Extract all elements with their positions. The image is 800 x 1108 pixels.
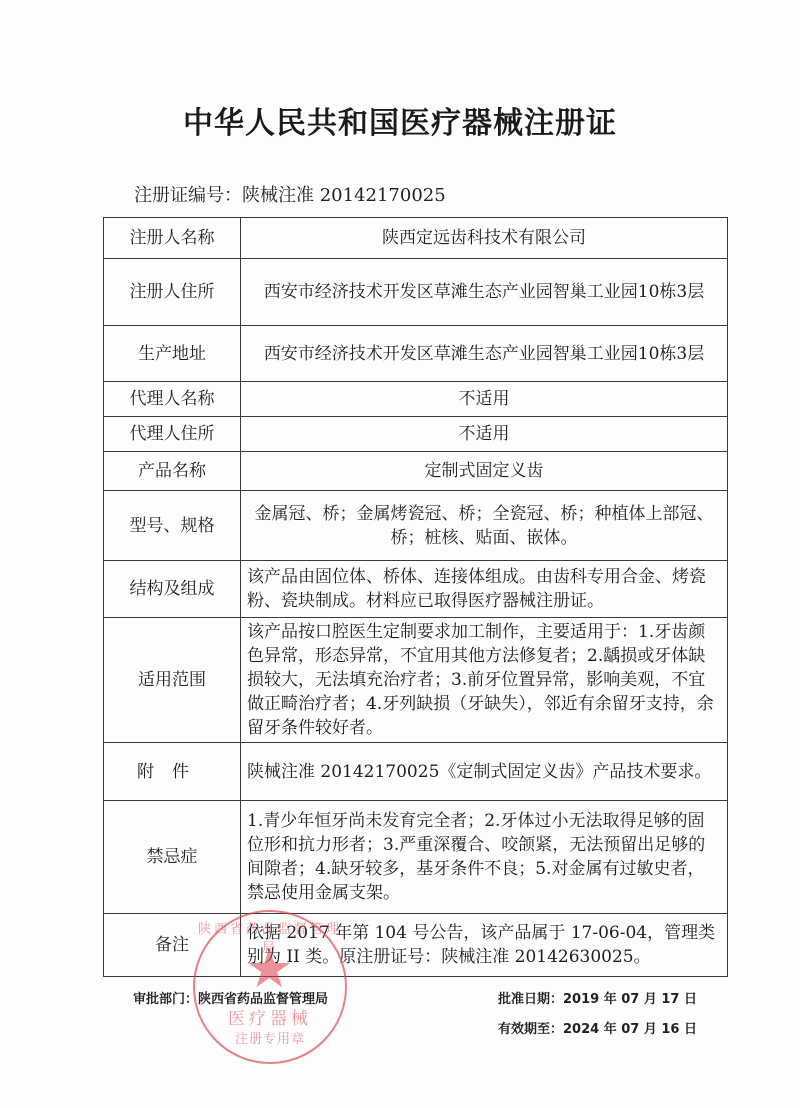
valid-until: 有效期至：2024 年 07 月 16 日 <box>498 1018 697 1037</box>
row-value: 该产品由固位体、桥体、连接体组成。由齿科专用合金、烤瓷粉、瓷块制成。材料应已取得… <box>241 561 728 618</box>
table-row: 代理人名称 不适用 <box>104 382 728 417</box>
approval-department: 审批部门：陕西省药品监督管理局 <box>133 988 328 1007</box>
seal-line2: 注册专用章 <box>195 1028 345 1047</box>
table-row: 禁忌症 1.青少年恒牙尚未发育完全者；2.牙体过小无法取得足够的固位形和抗力形者… <box>104 801 728 914</box>
row-value: 不适用 <box>241 417 728 452</box>
registration-number-value: 陕械注准 20142170025 <box>242 185 446 206</box>
seal-line1: 医疗器械 <box>195 1004 345 1029</box>
row-value: 西安市经济技术开发区草滩生态产业园智巢工业园10栋3层 <box>241 326 728 382</box>
row-value: 定制式固定义齿 <box>241 452 728 491</box>
approval-department-label: 审批部门： <box>133 992 198 1007</box>
approval-department-value: 陕西省药品监督管理局 <box>198 992 328 1007</box>
table-row: 产品名称 定制式固定义齿 <box>104 452 728 491</box>
valid-until-label: 有效期至： <box>498 1022 563 1037</box>
table-row: 生产地址 西安市经济技术开发区草滩生态产业园智巢工业园10栋3层 <box>104 326 728 382</box>
page-title: 中华人民共和国医疗器械注册证 <box>0 98 800 142</box>
certificate-table: 注册人名称 陕西定远齿科技术有限公司 注册人住所 西安市经济技术开发区草滩生态产… <box>103 217 728 977</box>
table-row: 注册人住所 西安市经济技术开发区草滩生态产业园智巢工业园10栋3层 <box>104 259 728 326</box>
row-label: 注册人名称 <box>104 218 241 259</box>
table-row: 结构及组成 该产品由固位体、桥体、连接体组成。由齿科专用合金、烤瓷粉、瓷块制成。… <box>104 561 728 618</box>
row-value: 该产品按口腔医生定制要求加工制作，主要适用于：1.牙齿颜色异常，形态异常，不宜用… <box>241 618 728 743</box>
table-row: 型号、规格 金属冠、桥；金属烤瓷冠、桥；全瓷冠、桥；种植体上部冠、桥；桩核、贴面… <box>104 491 728 561</box>
row-value: 依据 2017 年第 104 号公告，该产品属于 17-06-04，管理类别为 … <box>241 914 728 977</box>
table-row: 注册人名称 陕西定远齿科技术有限公司 <box>104 218 728 259</box>
row-label: 结构及组成 <box>104 561 241 618</box>
row-label: 注册人住所 <box>104 259 241 326</box>
row-label: 附件 <box>104 743 241 801</box>
approval-date: 批准日期：2019 年 07 月 17 日 <box>498 988 697 1007</box>
row-value: 西安市经济技术开发区草滩生态产业园智巢工业园10栋3层 <box>241 259 728 326</box>
table-row: 附件 陕械注准 20142170025《定制式固定义齿》产品技术要求。 <box>104 743 728 801</box>
table-row: 适用范围 该产品按口腔医生定制要求加工制作，主要适用于：1.牙齿颜色异常，形态异… <box>104 618 728 743</box>
row-label: 备注 <box>104 914 241 977</box>
row-value: 金属冠、桥；金属烤瓷冠、桥；全瓷冠、桥；种植体上部冠、桥；桩核、贴面、嵌体。 <box>241 491 728 561</box>
row-value: 1.青少年恒牙尚未发育完全者；2.牙体过小无法取得足够的固位形和抗力形者；3.严… <box>241 801 728 914</box>
row-label: 代理人名称 <box>104 382 241 417</box>
row-label: 生产地址 <box>104 326 241 382</box>
row-value: 陕西定远齿科技术有限公司 <box>241 218 728 259</box>
registration-number: 注册证编号：陕械注准 20142170025 <box>134 181 446 207</box>
table-row: 备注 依据 2017 年第 104 号公告，该产品属于 17-06-04，管理类… <box>104 914 728 977</box>
row-value: 陕械注准 20142170025《定制式固定义齿》产品技术要求。 <box>241 743 728 801</box>
valid-until-value: 2024 年 07 月 16 日 <box>563 1022 697 1037</box>
row-label: 禁忌症 <box>104 801 241 914</box>
row-value: 不适用 <box>241 382 728 417</box>
row-label: 型号、规格 <box>104 491 241 561</box>
approval-date-value: 2019 年 07 月 17 日 <box>563 992 697 1007</box>
row-label: 适用范围 <box>104 618 241 743</box>
row-label: 产品名称 <box>104 452 241 491</box>
approval-date-label: 批准日期： <box>498 992 563 1007</box>
registration-number-label: 注册证编号： <box>134 185 242 206</box>
table-row: 代理人住所 不适用 <box>104 417 728 452</box>
row-label: 代理人住所 <box>104 417 241 452</box>
